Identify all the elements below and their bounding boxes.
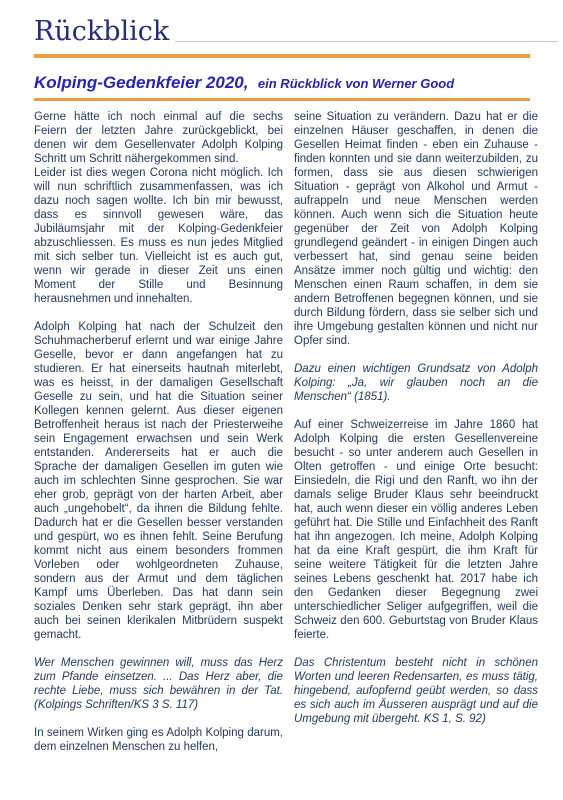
quote-grundsatz: Dazu einen wichtigen Grundsatz von Adolp… bbox=[294, 362, 538, 404]
document-page: Rückblick Kolping-Gedenkfeier 2020, ein … bbox=[0, 0, 563, 800]
paragraph-corona: Leider ist dies wegen Corona nicht mögli… bbox=[34, 166, 283, 306]
header-orange-rule bbox=[34, 54, 530, 58]
right-column: seine Situation zu verändern. Dazu hat e… bbox=[294, 110, 538, 754]
paragraph-kolping-biography: Adolph Kolping hat nach der Schulzeit de… bbox=[34, 320, 283, 642]
title-baseline-rule bbox=[175, 41, 558, 42]
paragraph-haeuser: seine Situation zu verändern. Dazu hat e… bbox=[294, 110, 538, 348]
page-title: Rückblick bbox=[34, 16, 169, 47]
subtitle-orange-rule bbox=[34, 98, 530, 101]
article-columns: Gerne hätte ich noch einmal auf die sech… bbox=[34, 110, 538, 754]
paragraph-schweizerreise: Auf einer Schweizerreise im Jahre 1860 h… bbox=[294, 418, 538, 642]
subtitle-secondary: ein Rückblick von Werner Good bbox=[258, 76, 454, 91]
page-header: Rückblick bbox=[34, 16, 558, 47]
left-column: Gerne hätte ich noch einmal auf die sech… bbox=[34, 110, 283, 754]
paragraph-wirken: In seinem Wirken ging es Adolph Kolping … bbox=[34, 726, 283, 754]
quote-christentum: Das Christentum besteht nicht in schönen… bbox=[294, 656, 538, 726]
article-subtitle: Kolping-Gedenkfeier 2020, ein Rückblick … bbox=[34, 73, 563, 93]
paragraph-intro: Gerne hätte ich noch einmal auf die sech… bbox=[34, 110, 283, 166]
subtitle-main: Kolping-Gedenkfeier 2020, bbox=[34, 73, 248, 92]
quote-herz: Wer Menschen gewinnen will, muss das Her… bbox=[34, 656, 283, 712]
